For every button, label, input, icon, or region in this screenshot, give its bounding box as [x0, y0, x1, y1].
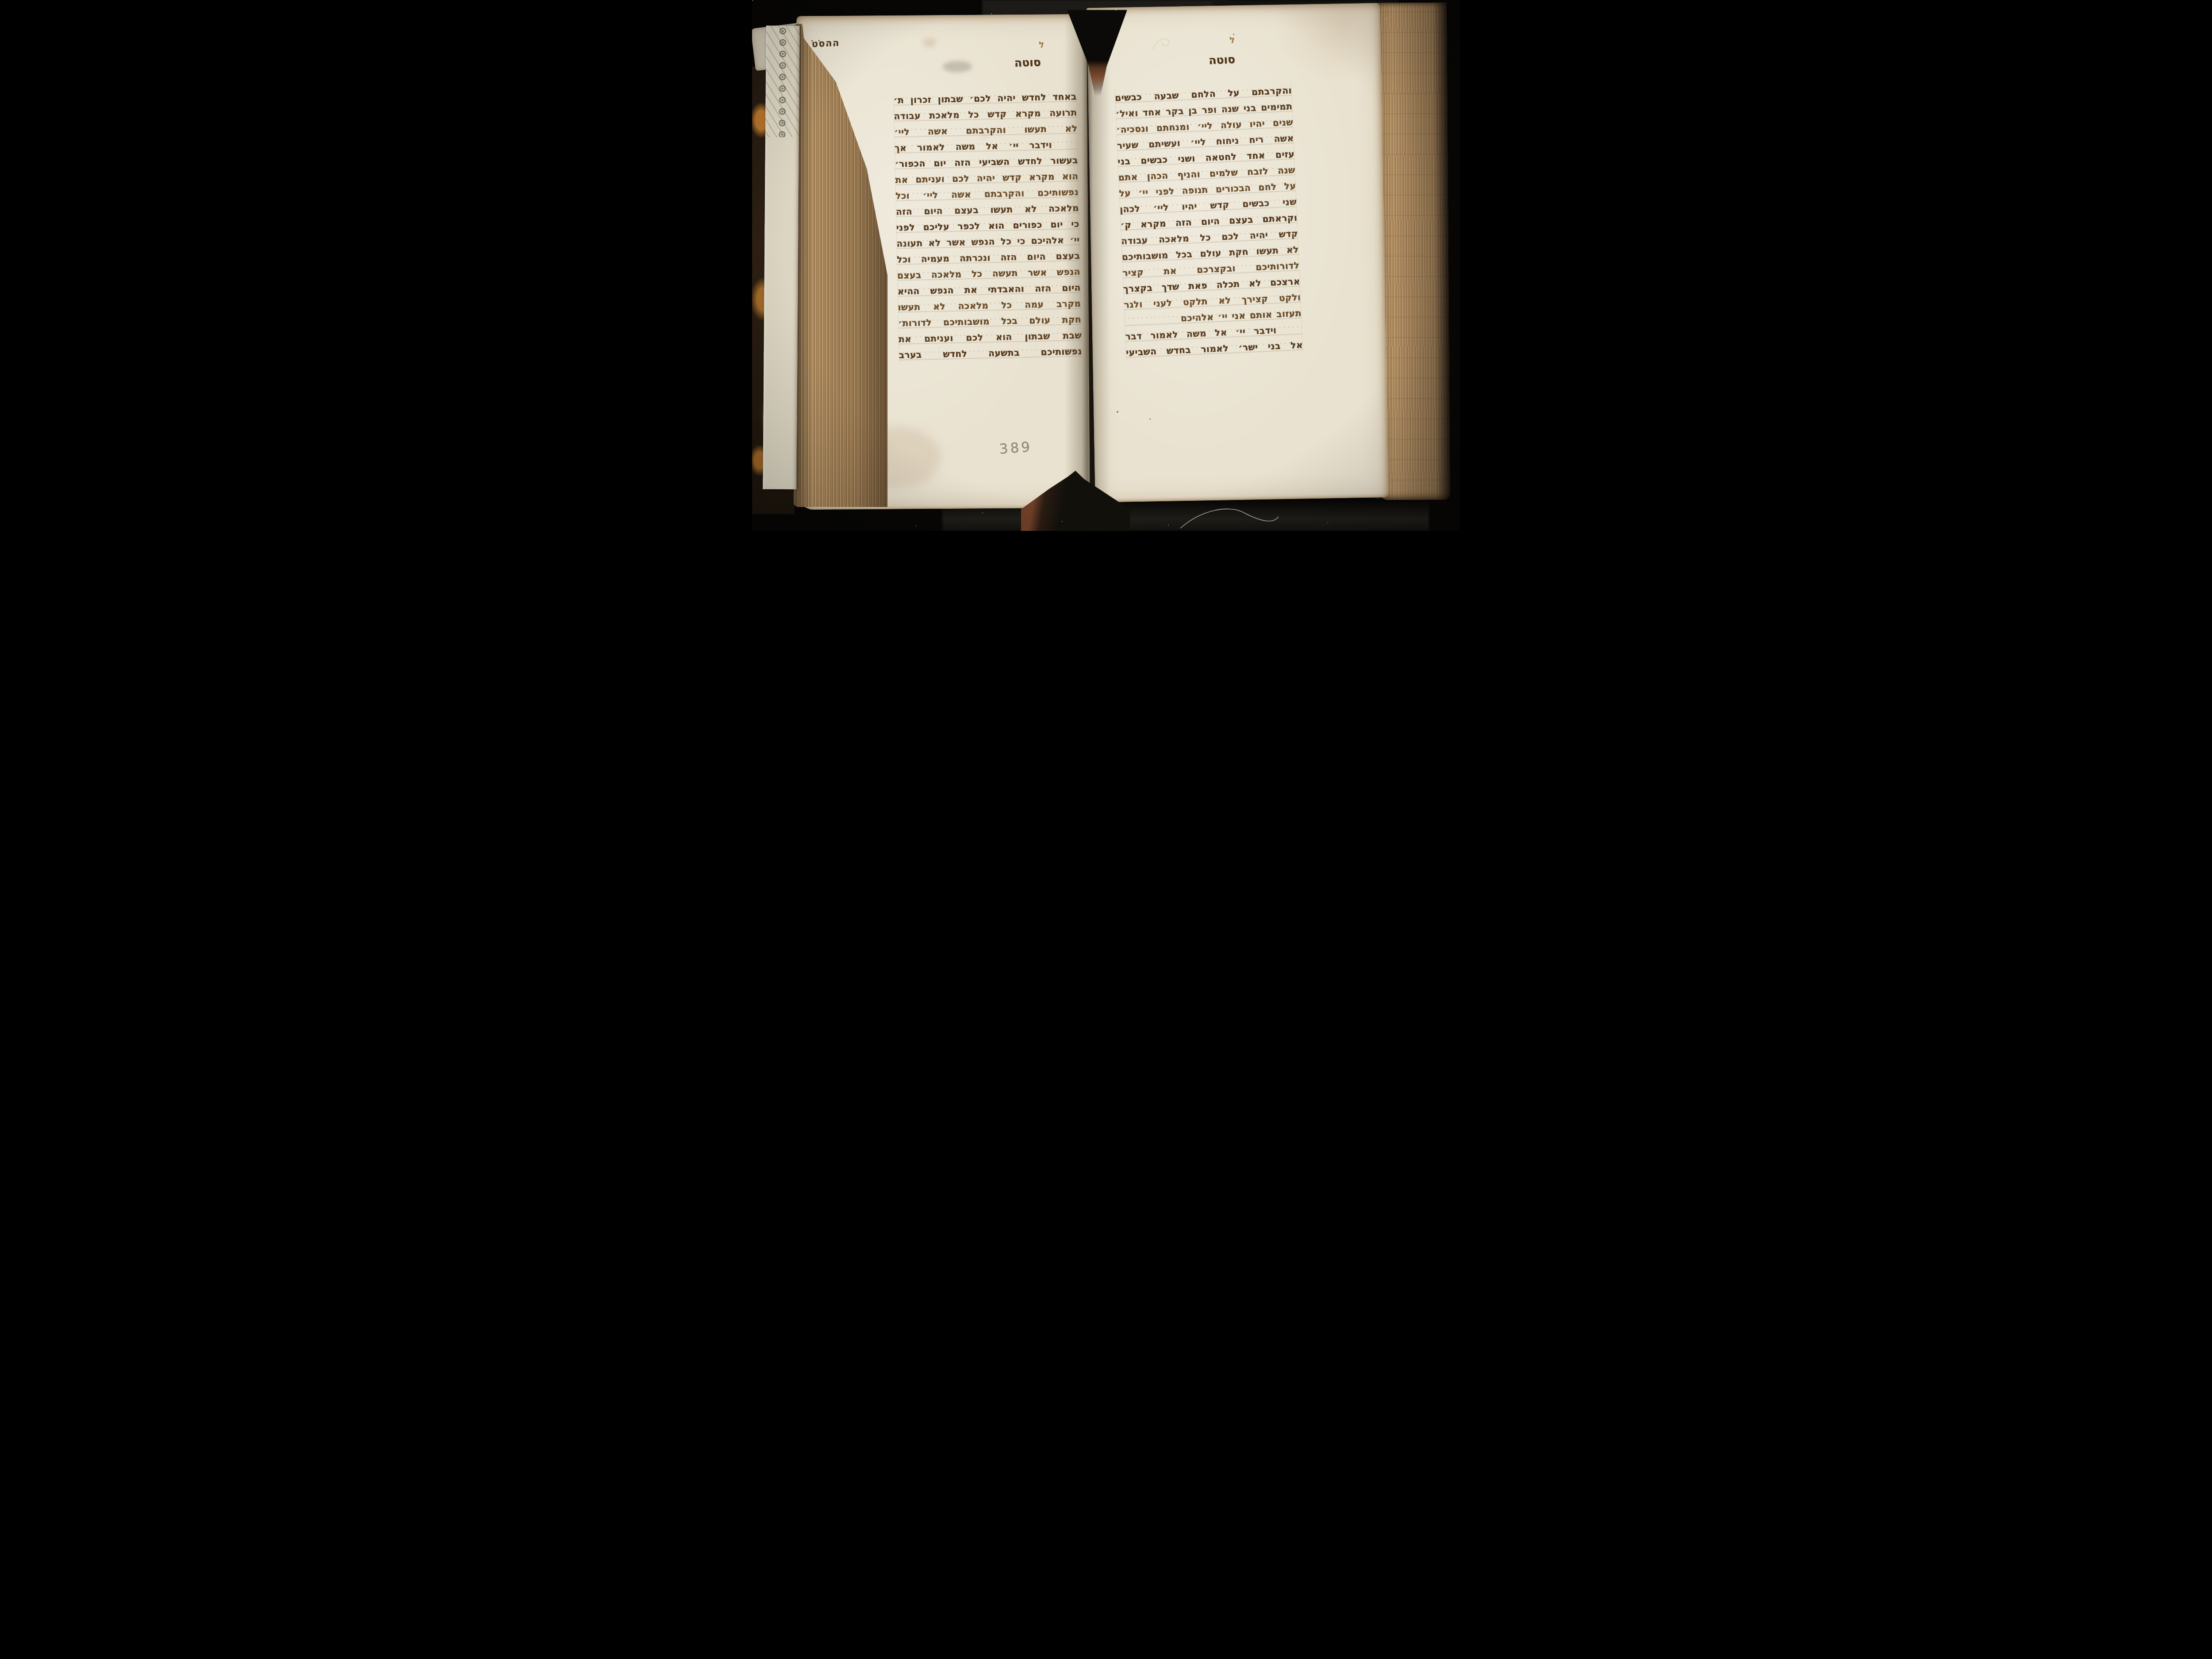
loose-thread-icon [1176, 499, 1286, 531]
stain [923, 38, 936, 47]
corner-mark: ההסֹטֹ [811, 37, 840, 49]
thread-wisp-icon [1149, 34, 1176, 53]
chain-ornament-pattern [765, 26, 800, 138]
ink-offset-smudge [943, 61, 972, 73]
gutter-shadow [1064, 12, 1110, 508]
right-text-block: והקרבתם על הלחם שבעה כבשיםתמימים בני שנה… [1114, 82, 1303, 361]
running-title-right: סוטה [1208, 53, 1235, 67]
title-flourish-icon: ל [1229, 34, 1236, 46]
stain [980, 132, 988, 138]
manuscript-photograph: ההסֹטֹ ל סוטה באחד לחדש יהיה לכם׳ שבתון … [752, 0, 1460, 531]
ornament-strip [763, 26, 799, 490]
dust-specks [752, 0, 753, 1]
ink-speck [1233, 34, 1234, 35]
left-text-block: באחד לחדש יהיה לכם׳ שבתון זכרון ת׳תרועה … [893, 88, 1082, 363]
title-flourish-icon: ל [1038, 38, 1045, 50]
right-page: ל סוטה והקרבתם על הלחם שבעה כבשיםתמימים … [1087, 3, 1389, 502]
running-title-left: סוטה [1014, 56, 1041, 69]
ink-speck [1117, 411, 1118, 413]
ink-speck [1149, 419, 1151, 420]
page-number-pencil: 389 [999, 439, 1033, 457]
manuscript-line: נפשותיכם בתשעה לחדש בערב [899, 343, 1082, 363]
